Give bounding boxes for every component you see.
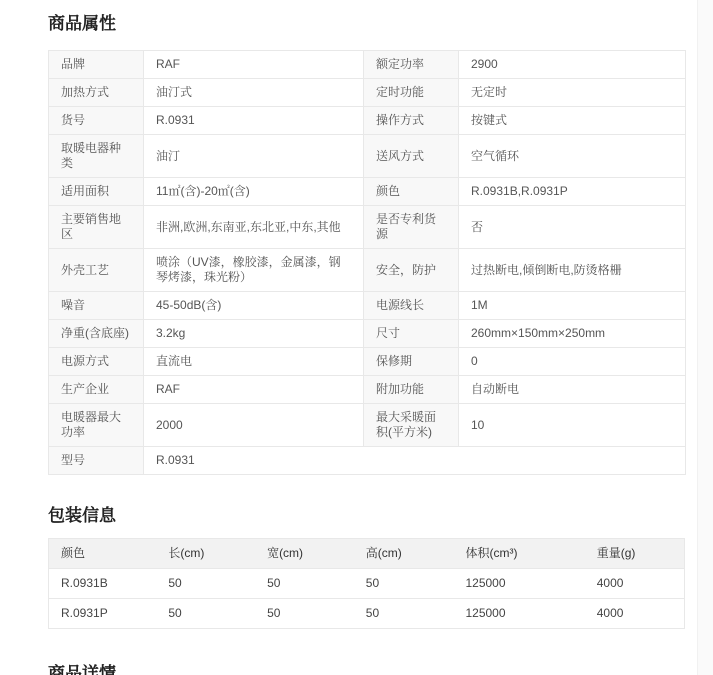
attr-value: 2900: [459, 51, 686, 79]
table-row: 电源方式 直流电 保修期 0: [49, 348, 686, 376]
packaging-col-header: 颜色: [49, 539, 157, 569]
table-row: 外壳工艺 喷涂（UV漆，橡胶漆，金属漆，钢琴烤漆，珠光粉） 安全，防护 过热断电…: [49, 249, 686, 292]
attr-label: 定时功能: [364, 79, 459, 107]
attr-label: 净重(含底座): [49, 320, 144, 348]
attr-value: 过热断电,倾倒断电,防烫格栅: [459, 249, 686, 292]
attr-value: 1M: [459, 292, 686, 320]
attributes-table: 品牌 RAF 额定功率 2900 加热方式 油汀式 定时功能 无定时 货号 R.…: [48, 50, 686, 475]
attr-label: 送风方式: [364, 135, 459, 178]
attr-label: 电暖器最大功率: [49, 404, 144, 447]
table-row: 生产企业 RAF 附加功能 自动断电: [49, 376, 686, 404]
packaging-cell: 125000: [453, 599, 584, 629]
attr-value: 空气循环: [459, 135, 686, 178]
packaging-col-header: 高(cm): [354, 539, 454, 569]
attr-value: R.0931: [144, 447, 686, 475]
packaging-cell: 125000: [453, 569, 584, 599]
section-title-attributes: 商品属性: [48, 14, 685, 33]
table-row: 加热方式 油汀式 定时功能 无定时: [49, 79, 686, 107]
packaging-table: 颜色 长(cm) 宽(cm) 高(cm) 体积(cm³) 重量(g) R.093…: [48, 538, 685, 629]
attr-label: 附加功能: [364, 376, 459, 404]
attr-label: 安全，防护: [364, 249, 459, 292]
table-row: R.0931B 50 50 50 125000 4000: [49, 569, 685, 599]
attr-value: R.0931: [144, 107, 364, 135]
attr-value: 非洲,欧洲,东南亚,东北亚,中东,其他: [144, 206, 364, 249]
table-row: 噪音 45-50dB(含) 电源线长 1M: [49, 292, 686, 320]
packaging-cell: 50: [156, 599, 255, 629]
table-row: 主要销售地区 非洲,欧洲,东南亚,东北亚,中东,其他 是否专利货源 否: [49, 206, 686, 249]
attr-label: 主要销售地区: [49, 206, 144, 249]
attr-value: 自动断电: [459, 376, 686, 404]
attr-label: 颜色: [364, 178, 459, 206]
attr-value: 11㎡(含)-20㎡(含): [144, 178, 364, 206]
packaging-col-header: 重量(g): [585, 539, 685, 569]
attr-label: 适用面积: [49, 178, 144, 206]
attr-label: 操作方式: [364, 107, 459, 135]
table-row: R.0931P 50 50 50 125000 4000: [49, 599, 685, 629]
packaging-cell: 50: [156, 569, 255, 599]
attr-label: 是否专利货源: [364, 206, 459, 249]
packaging-cell: 4000: [585, 599, 685, 629]
table-row: 净重(含底座) 3.2kg 尺寸 260mm×150mm×250mm: [49, 320, 686, 348]
attr-label: 尺寸: [364, 320, 459, 348]
attr-value: RAF: [144, 376, 364, 404]
attr-value: R.0931B,R.0931P: [459, 178, 686, 206]
attr-label: 电源方式: [49, 348, 144, 376]
section-title-details: 商品详情: [48, 664, 685, 675]
attr-label: 噪音: [49, 292, 144, 320]
packaging-cell: 50: [255, 569, 354, 599]
attr-label: 生产企业: [49, 376, 144, 404]
attr-label: 外壳工艺: [49, 249, 144, 292]
attr-label: 货号: [49, 107, 144, 135]
attr-value: RAF: [144, 51, 364, 79]
attr-value: 喷涂（UV漆，橡胶漆，金属漆，钢琴烤漆，珠光粉）: [144, 249, 364, 292]
attr-label: 型号: [49, 447, 144, 475]
packaging-cell: 50: [354, 569, 454, 599]
table-row: 货号 R.0931 操作方式 按键式: [49, 107, 686, 135]
attr-label: 品牌: [49, 51, 144, 79]
attr-value: 3.2kg: [144, 320, 364, 348]
packaging-col-header: 宽(cm): [255, 539, 354, 569]
packaging-cell: 4000: [585, 569, 685, 599]
packaging-col-header: 长(cm): [156, 539, 255, 569]
table-row: 品牌 RAF 额定功率 2900: [49, 51, 686, 79]
table-row: 电暖器最大功率 2000 最大采暖面积(平方米) 10: [49, 404, 686, 447]
attr-value: 无定时: [459, 79, 686, 107]
attr-value: 45-50dB(含): [144, 292, 364, 320]
attr-value: 0: [459, 348, 686, 376]
packaging-cell: R.0931P: [49, 599, 157, 629]
attr-label: 最大采暖面积(平方米): [364, 404, 459, 447]
product-info-page: 商品属性 品牌 RAF 额定功率 2900 加热方式 油汀式 定时功能 无定时 …: [48, 14, 685, 675]
attr-value: 直流电: [144, 348, 364, 376]
attr-label: 保修期: [364, 348, 459, 376]
section-title-packaging: 包装信息: [48, 506, 685, 525]
page-right-gutter: [697, 0, 713, 675]
packaging-col-header: 体积(cm³): [453, 539, 584, 569]
attr-value: 260mm×150mm×250mm: [459, 320, 686, 348]
attr-value: 油汀式: [144, 79, 364, 107]
attr-label: 取暖电器种类: [49, 135, 144, 178]
packaging-cell: 50: [255, 599, 354, 629]
table-row: 型号 R.0931: [49, 447, 686, 475]
attr-value: 10: [459, 404, 686, 447]
attr-value: 油汀: [144, 135, 364, 178]
attr-value: 按键式: [459, 107, 686, 135]
packaging-header-row: 颜色 长(cm) 宽(cm) 高(cm) 体积(cm³) 重量(g): [49, 539, 685, 569]
packaging-cell: R.0931B: [49, 569, 157, 599]
attr-label: 加热方式: [49, 79, 144, 107]
packaging-cell: 50: [354, 599, 454, 629]
attr-value: 否: [459, 206, 686, 249]
attr-label: 额定功率: [364, 51, 459, 79]
attr-label: 电源线长: [364, 292, 459, 320]
table-row: 取暖电器种类 油汀 送风方式 空气循环: [49, 135, 686, 178]
table-row: 适用面积 11㎡(含)-20㎡(含) 颜色 R.0931B,R.0931P: [49, 178, 686, 206]
attr-value: 2000: [144, 404, 364, 447]
